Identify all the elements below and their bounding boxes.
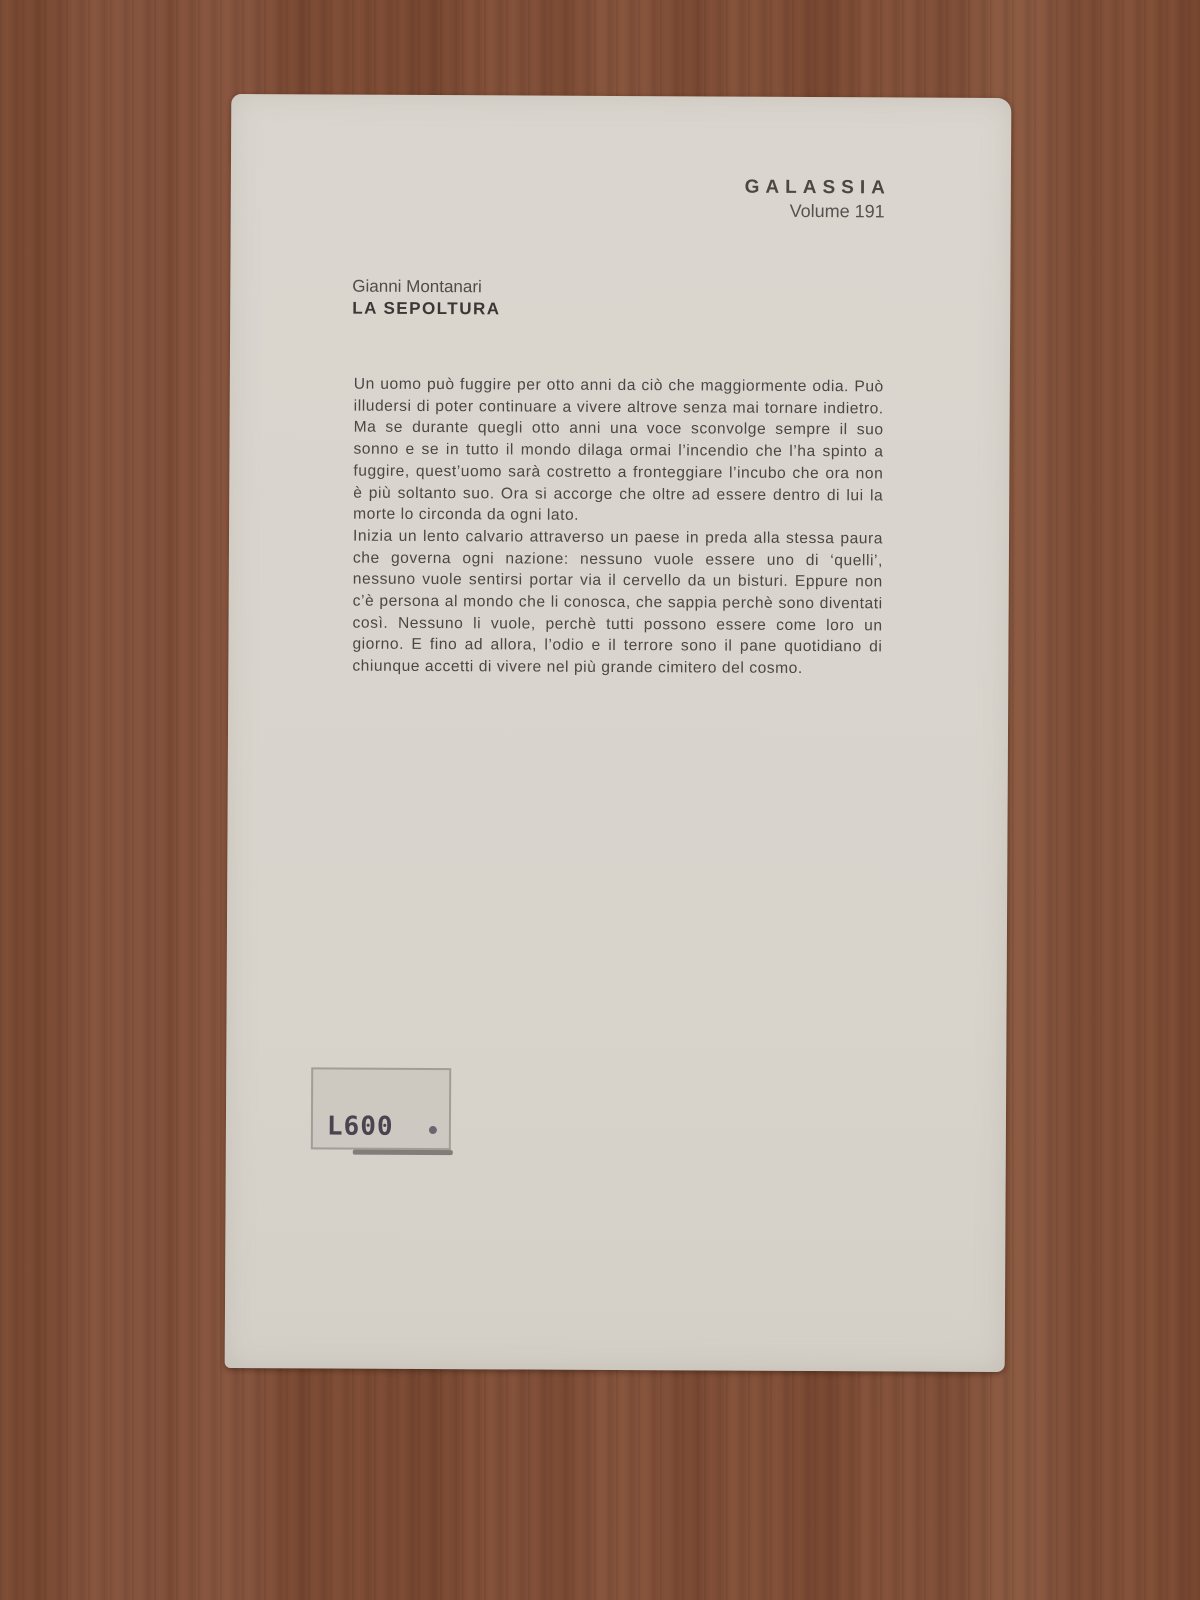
blurb-paragraph: Un uomo può fuggire per otto anni da ciò… <box>353 374 884 529</box>
blurb: Un uomo può fuggire per otto anni da ciò… <box>352 374 884 681</box>
book-title: LA SEPOLTURA <box>352 299 500 320</box>
series-volume: Volume 191 <box>744 201 884 223</box>
author-title-block: Gianni Montanari LA SEPOLTURA <box>352 277 501 320</box>
blurb-paragraph: Inizia un lento calvario attraverso un p… <box>352 526 883 681</box>
series-block: GALASSIA Volume 191 <box>744 177 884 223</box>
printed-price-underneath <box>353 1150 453 1156</box>
series-name: GALASSIA <box>745 177 891 200</box>
book-back-cover: GALASSIA Volume 191 Gianni Montanari LA … <box>225 94 1012 1372</box>
price-label: L600 <box>327 1111 394 1141</box>
book-author: Gianni Montanari <box>352 277 500 298</box>
price-sticker: L600 <box>311 1067 451 1150</box>
ink-dot-icon <box>429 1126 437 1134</box>
